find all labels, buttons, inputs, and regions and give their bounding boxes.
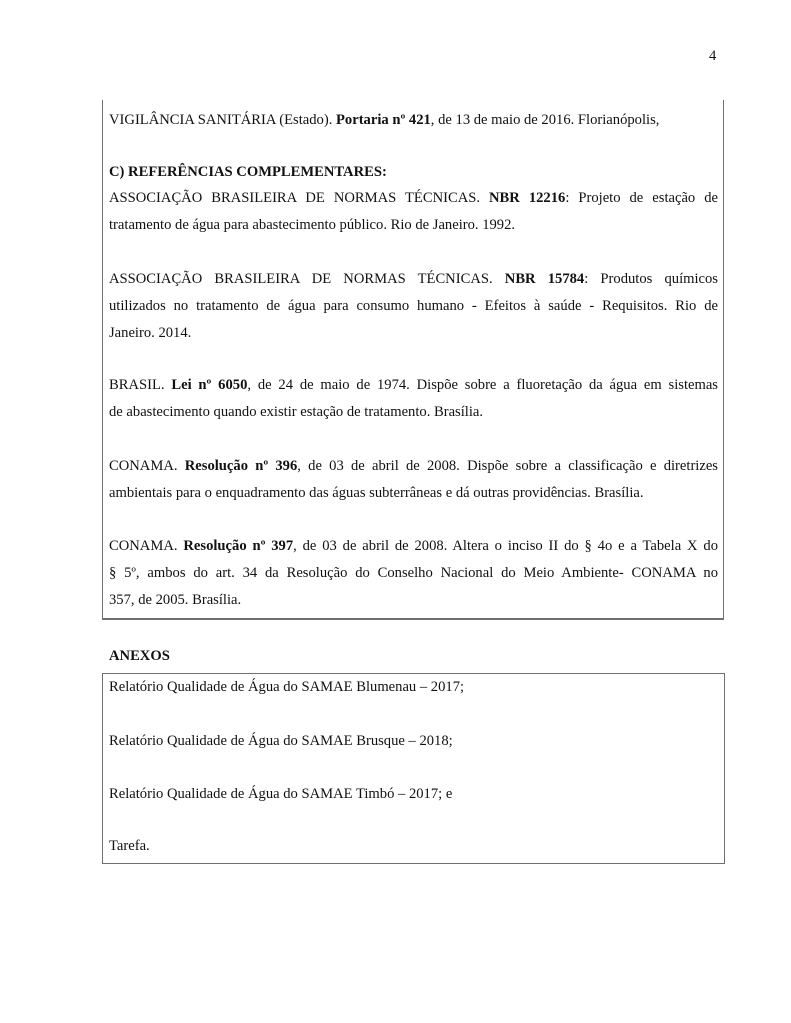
ref-text: ASSOCIAÇÃO BRASILEIRA DE NORMAS TÉCNICAS… xyxy=(109,190,489,206)
ref-bold: NBR 15784 xyxy=(505,271,584,287)
ref-text: CONAMA. xyxy=(109,458,185,474)
ref-bold: Resolução nº 396 xyxy=(185,458,298,474)
annex-item: Relatório Qualidade de Água do SAMAE Blu… xyxy=(109,679,464,696)
ref-bold: Lei nº 6050 xyxy=(171,377,247,393)
ref-text: : Produtos químicos xyxy=(584,271,718,287)
annexes-box xyxy=(102,673,725,864)
annex-item: Tarefa. xyxy=(109,838,150,855)
ref-bold: Portaria nº 421 xyxy=(336,112,431,128)
ref-text: , de 13 de maio de 2016. Florianópolis, xyxy=(431,112,660,128)
ref-text: CONAMA. xyxy=(109,538,183,554)
ref-text: , de 03 de abril de 2008. Altera o incis… xyxy=(293,538,718,554)
ref-text: BRASIL. xyxy=(109,377,171,393)
reference-item-line: tratamento de água para abastecimento pú… xyxy=(109,217,718,234)
annex-item: Relatório Qualidade de Água do SAMAE Tim… xyxy=(109,786,452,803)
reference-item: BRASIL. Lei nº 6050, de 24 de maio de 19… xyxy=(109,377,718,394)
reference-item-line: Janeiro. 2014. xyxy=(109,325,718,342)
ref-text: , de 24 de maio de 1974. Dispõe sobre a … xyxy=(247,377,718,393)
ref-text: VIGILÂNCIA SANITÁRIA (Estado). xyxy=(109,112,336,128)
ref-bold: Resolução nº 397 xyxy=(183,538,293,554)
reference-item: CONAMA. Resolução nº 396, de 03 de abril… xyxy=(109,458,718,475)
reference-item: ASSOCIAÇÃO BRASILEIRA DE NORMAS TÉCNICAS… xyxy=(109,271,718,288)
reference-item-line: ambientais para o enquadramento das água… xyxy=(109,485,718,502)
ref-text: : Projeto de estação de xyxy=(565,190,718,206)
reference-item: CONAMA. Resolução nº 397, de 03 de abril… xyxy=(109,538,718,555)
reference-item-line: utilizados no tratamento de água para co… xyxy=(109,298,718,315)
annex-item: Relatório Qualidade de Água do SAMAE Bru… xyxy=(109,733,453,750)
reference-item-line: de abastecimento quando existir estação … xyxy=(109,404,718,421)
reference-continued: VIGILÂNCIA SANITÁRIA (Estado). Portaria … xyxy=(109,112,718,129)
ref-bold: NBR 12216 xyxy=(489,190,565,206)
complementary-references-heading: C) REFERÊNCIAS COMPLEMENTARES: xyxy=(109,164,387,181)
annexes-heading: ANEXOS xyxy=(109,648,170,665)
ref-text: ASSOCIAÇÃO BRASILEIRA DE NORMAS TÉCNICAS… xyxy=(109,271,505,287)
page-number: 4 xyxy=(709,48,716,65)
reference-item: ASSOCIAÇÃO BRASILEIRA DE NORMAS TÉCNICAS… xyxy=(109,190,718,207)
ref-text: , de 03 de abril de 2008. Dispõe sobre a… xyxy=(297,458,718,474)
reference-item-line: 357, de 2005. Brasília. xyxy=(109,592,718,609)
reference-item-line: § 5º, ambos do art. 34 da Resolução do C… xyxy=(109,565,718,582)
